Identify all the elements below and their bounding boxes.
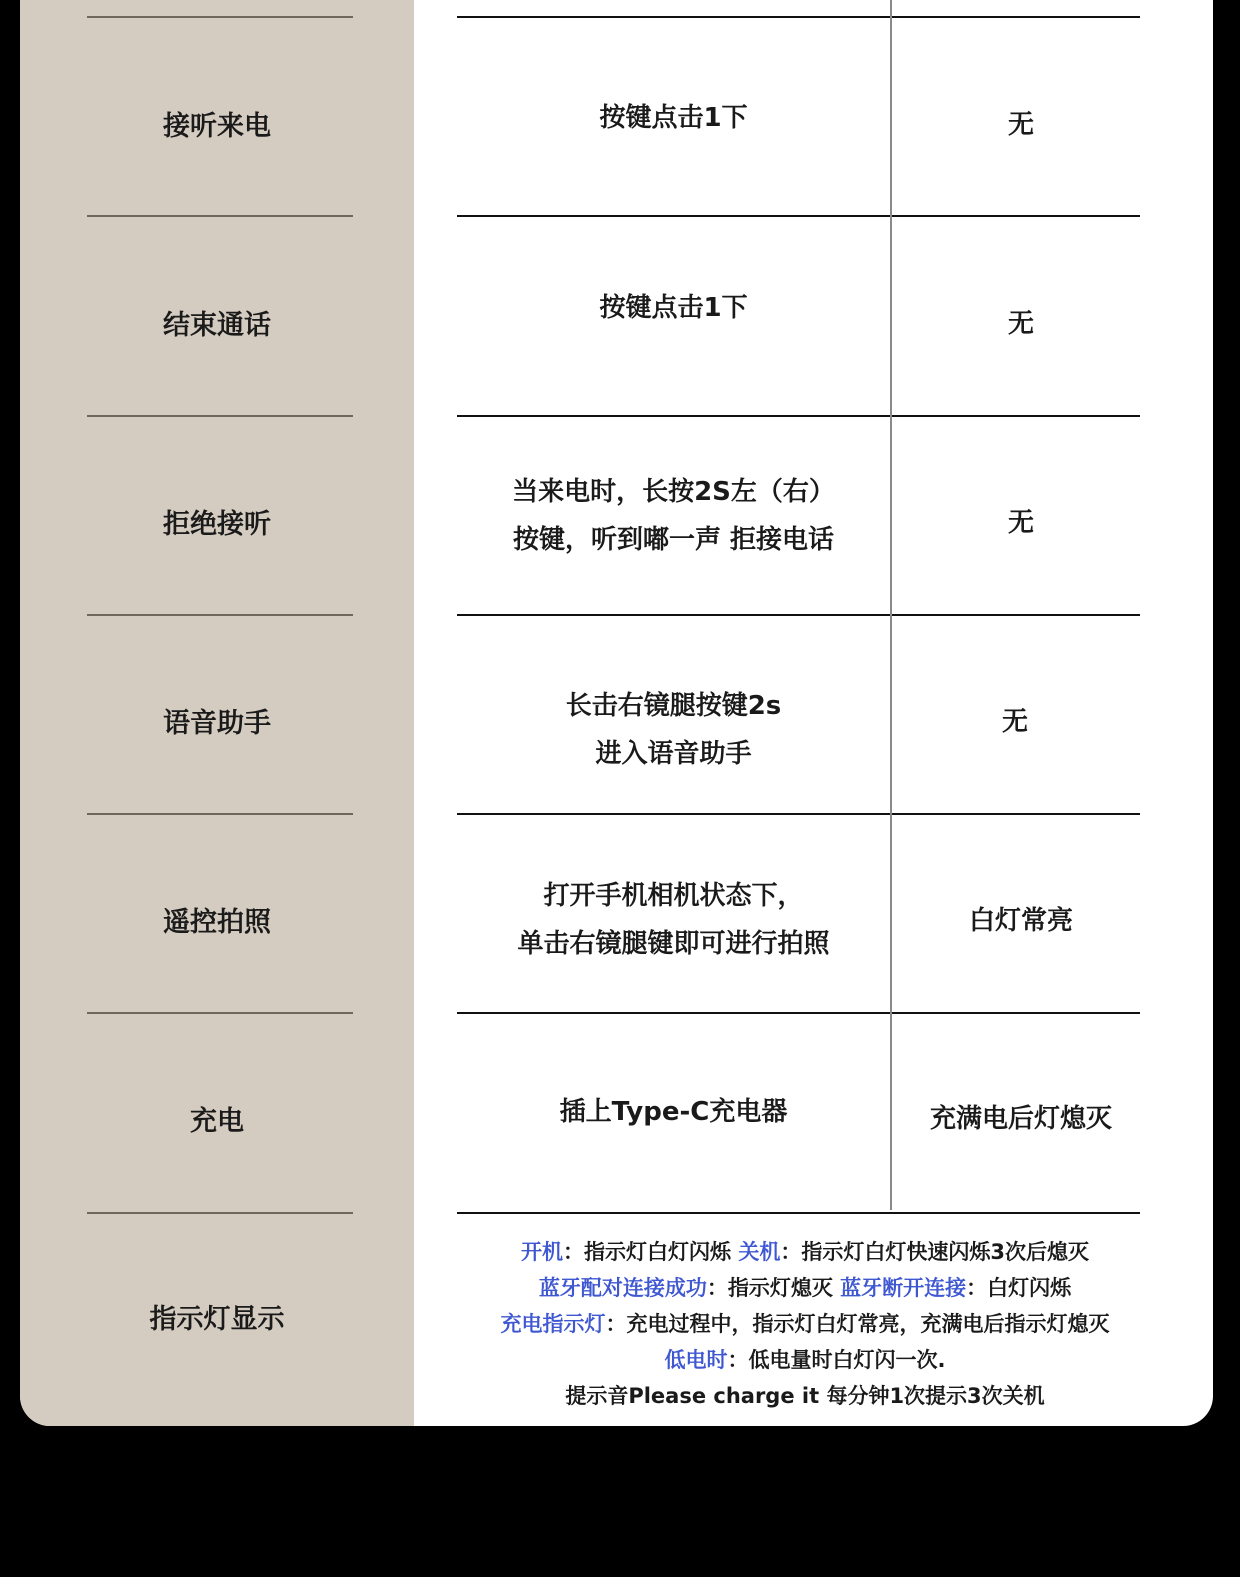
divider [87,614,353,616]
low-battery-label: 低电时 [665,1348,728,1372]
divider [87,16,353,18]
divider [457,614,1140,616]
function-label: 语音助手 [20,701,414,740]
spec-card: 接听来电 按键点击1下 无 结束通话 按键点击1下 无 拒绝接听 当来电时，长按… [20,0,1213,1426]
divider [87,215,353,217]
charging-label: 充电指示灯 [501,1312,606,1336]
bt-paired-label: 蓝牙配对连接成功 [539,1276,707,1300]
function-label: 接听来电 [20,104,414,143]
operation-line: 按键点击1下 [457,284,890,332]
power-on-text: ：指示灯白灯闪烁 [563,1240,738,1264]
function-label: 充电 [20,1099,414,1138]
indicator-cell: 白灯常亮 [892,900,1150,937]
divider [87,415,353,417]
function-label: 拒绝接听 [20,502,414,541]
power-on-label: 开机 [521,1240,563,1264]
indicator-cell: 无 [892,104,1150,141]
notes-line: 提示音Please charge it 每分钟1次提示3次关机 [440,1378,1170,1414]
indicator-cell: 无 [892,303,1150,340]
notes-line: 蓝牙配对连接成功：指示灯熄灭 蓝牙断开连接：白灯闪烁 [440,1270,1170,1306]
operation-cell: 按键点击1下 [457,284,890,332]
operation-cell: 插上Type-C充电器 [457,1088,890,1136]
notes-line: 开机：指示灯白灯闪烁 关机：指示灯白灯快速闪烁3次后熄灭 [440,1234,1170,1270]
bt-paired-text: ：指示灯熄灭 [707,1276,840,1300]
function-label: 指示灯显示 [20,1297,414,1336]
operation-cell: 当来电时，长按2S左（右） 按键，听到嘟一声 拒接电话 [457,468,890,564]
divider [457,415,1140,417]
function-label: 遥控拍照 [20,900,414,939]
operation-line: 单击右镜腿键即可进行拍照 [457,920,890,968]
indicator-cell: 无 [886,701,1144,738]
operation-line: 进入语音助手 [457,730,890,778]
operation-line: 插上Type-C充电器 [457,1088,890,1136]
bt-disconnect-label: 蓝牙断开连接 [840,1276,966,1300]
power-off-text: ：指示灯白灯快速闪烁3次后熄灭 [780,1240,1089,1264]
divider [457,1212,1140,1214]
operation-line: 按键点击1下 [457,94,890,142]
divider [457,1012,1140,1014]
operation-cell: 长击右镜腿按键2s 进入语音助手 [457,682,890,778]
notes-line: 低电时：低电量时白灯闪一次. [440,1342,1170,1378]
divider [457,16,1140,18]
charging-text: ：充电过程中，指示灯白灯常亮，充满电后指示灯熄灭 [606,1312,1110,1336]
indicator-cell: 充满电后灯熄灭 [892,1098,1150,1135]
divider [457,215,1140,217]
column-divider [890,0,892,1210]
operation-line: 按键，听到嘟一声 拒接电话 [457,516,890,564]
indicator-cell: 无 [892,502,1150,539]
indicator-notes: 开机：指示灯白灯闪烁 关机：指示灯白灯快速闪烁3次后熄灭 蓝牙配对连接成功：指示… [440,1234,1170,1414]
divider [457,813,1140,815]
power-off-label: 关机 [738,1240,780,1264]
divider [87,1212,353,1214]
low-battery-text: ：低电量时白灯闪一次. [728,1348,946,1372]
divider [87,813,353,815]
notes-line: 充电指示灯：充电过程中，指示灯白灯常亮，充满电后指示灯熄灭 [440,1306,1170,1342]
divider [87,1012,353,1014]
bt-disconnect-text: ：白灯闪烁 [966,1276,1071,1300]
operation-line: 当来电时，长按2S左（右） [457,468,890,516]
operation-line: 打开手机相机状态下， [457,872,890,920]
operation-cell: 打开手机相机状态下， 单击右镜腿键即可进行拍照 [457,872,890,968]
function-label: 结束通话 [20,303,414,342]
operation-line: 长击右镜腿按键2s [457,682,890,730]
operation-cell: 按键点击1下 [457,94,890,142]
